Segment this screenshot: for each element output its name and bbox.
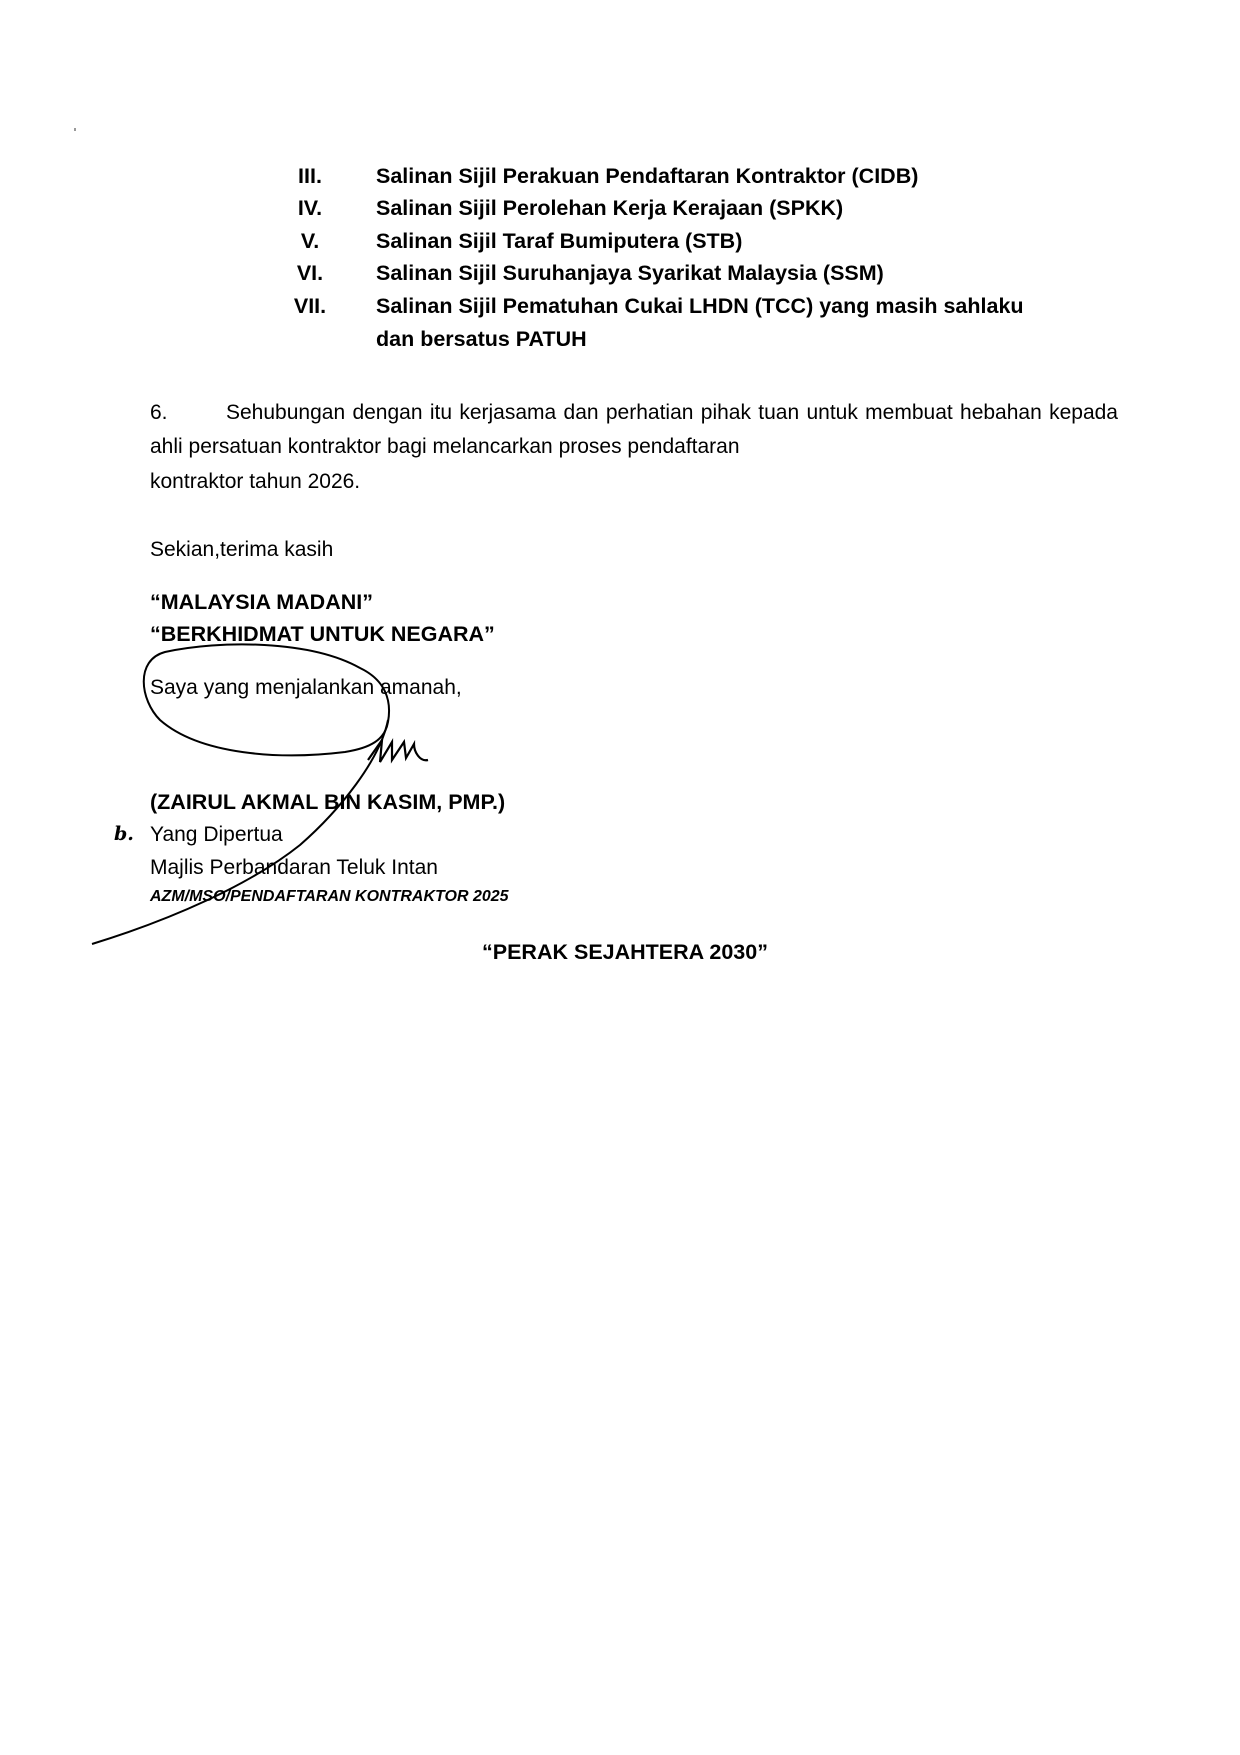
list-text: Salinan Sijil Perolehan Kerja Kerajaan (… [376, 192, 843, 224]
list-numeral: V. [290, 225, 330, 257]
list-numeral: IV. [290, 192, 330, 224]
paragraph-6: 6.Sehubungan dengan itu kerjasama dan pe… [150, 396, 1118, 464]
scan-speck [74, 128, 76, 131]
signatory-name: (ZAIRUL AKMAL BIN KASIM, PMP.) [150, 790, 505, 815]
list-text: Salinan Sijil Pematuhan Cukai LHDN (TCC)… [376, 290, 1024, 322]
list-text: Salinan Sijil Perakuan Pendaftaran Kontr… [376, 160, 918, 192]
footer-slogan: “PERAK SEJAHTERA 2030” [482, 940, 768, 965]
list-numeral: III. [290, 160, 330, 192]
slogan-berkhidmat: “BERKHIDMAT UNTUK NEGARA” [150, 622, 495, 647]
on-behalf-mark: b. [114, 823, 134, 845]
signoff-text: Saya yang menjalankan amanah, [150, 676, 462, 700]
reference-number: AZM/MSO/PENDAFTARAN KONTRAKTOR 2025 [150, 888, 509, 906]
list-numeral: VI. [290, 257, 330, 289]
paragraph-number: 6. [150, 396, 226, 430]
signatory-title: Yang Dipertua [150, 823, 283, 847]
closing-text: Sekian,terima kasih [150, 538, 333, 562]
list-text: dan bersatus PATUH [376, 323, 587, 355]
signatory-organization: Majlis Perbandaran Teluk Intan [150, 856, 438, 880]
slogan-malaysia-madani: “MALAYSIA MADANI” [150, 590, 373, 615]
paragraph-text: Sehubungan dengan itu kerjasama dan perh… [150, 401, 1118, 458]
list-text: Salinan Sijil Suruhanjaya Syarikat Malay… [376, 257, 884, 289]
list-numeral: VII. [290, 290, 330, 322]
paragraph-last-line: kontraktor tahun 2026. [150, 470, 360, 494]
list-text: Salinan Sijil Taraf Bumiputera (STB) [376, 225, 742, 257]
